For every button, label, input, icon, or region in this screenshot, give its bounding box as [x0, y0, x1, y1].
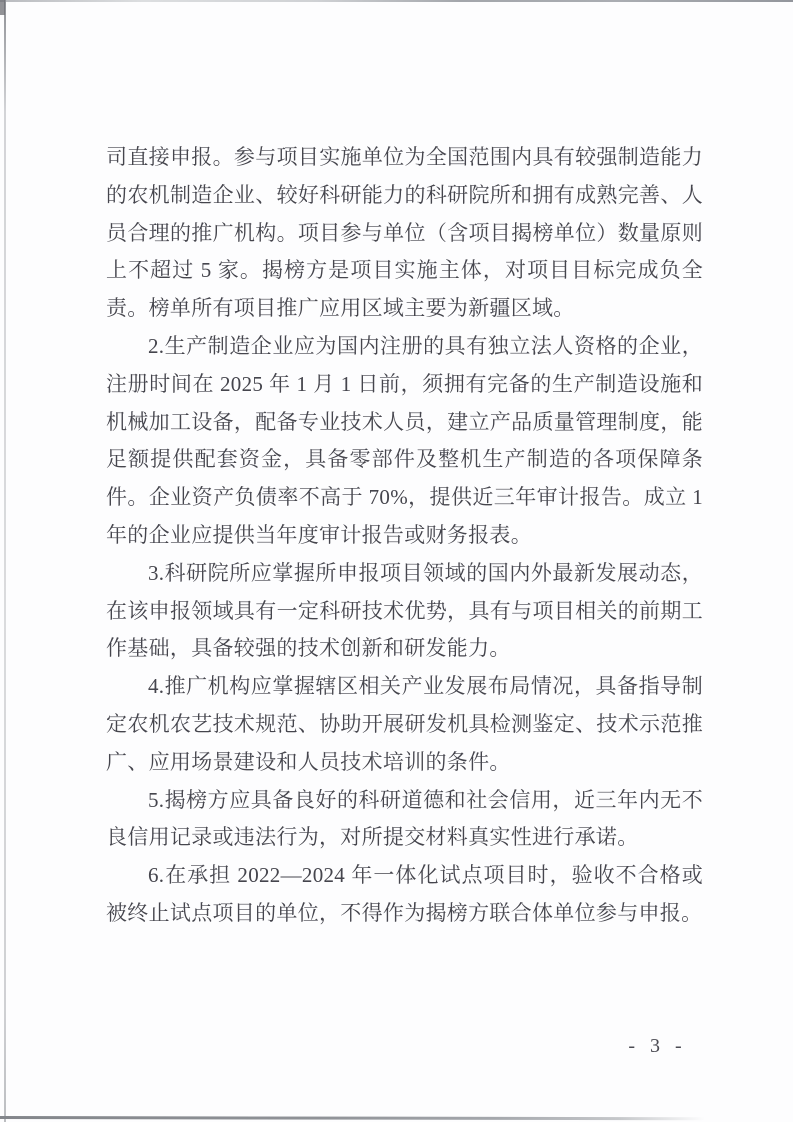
scan-edge-top	[0, 0, 793, 2]
scan-corner-artifact	[0, 0, 5, 15]
document-body-text: 司直接申报。参与项目实施单位为全国范围内具有较强制造能力的农机制造企业、较好科研…	[106, 139, 703, 933]
paragraph: 5.揭榜方应具备良好的科研道德和社会信用，近三年内无不良信用记录或违法行为，对所…	[106, 782, 703, 858]
scanned-document-page: 司直接申报。参与项目实施单位为全国范围内具有较强制造能力的农机制造企业、较好科研…	[0, 0, 793, 1122]
page-number: - 3 -	[618, 1035, 694, 1058]
paragraph: 6.在承担 2022—2024 年一体化试点项目时，验收不合格或被终止试点项目的…	[106, 857, 703, 933]
paragraph: 2.生产制造企业应为国内注册的具有独立法人资格的企业，注册时间在 2025 年 …	[106, 328, 703, 555]
paragraph: 3.科研院所应掌握所申报项目领域的国内外最新发展动态，在该申报领域具有一定科研技…	[106, 555, 703, 668]
scan-edge-left	[4, 0, 6, 1122]
paragraph: 司直接申报。参与项目实施单位为全国范围内具有较强制造能力的农机制造企业、较好科研…	[106, 139, 703, 328]
scan-edge-bottom	[0, 1116, 705, 1120]
paragraph: 4.推广机构应掌握辖区相关产业发展布局情况，具备指导制定农机农艺技术规范、协助开…	[106, 668, 703, 781]
